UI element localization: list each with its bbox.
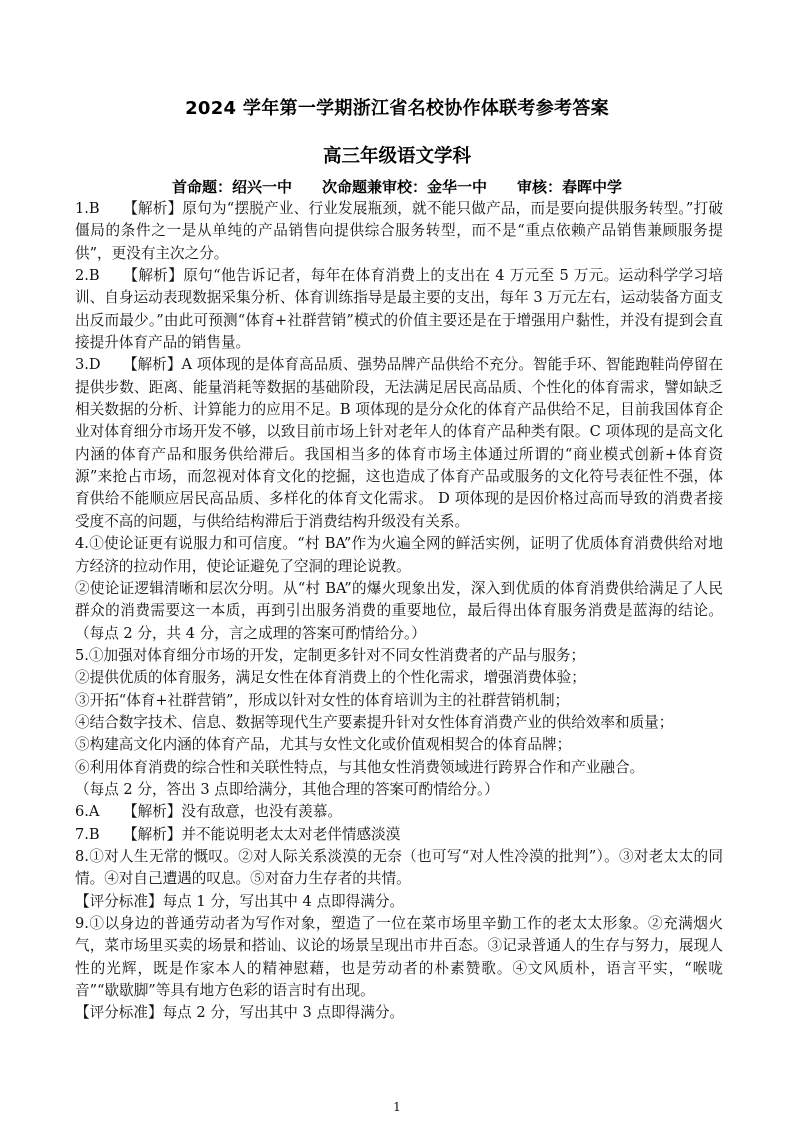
answer-9: 9.①以身边的普通劳动者为写作对象，塑造了一位在菜市场里辛勤工作的老太太形象。②… (75, 913, 723, 1002)
document-subtitle: 高三年级语文学科 (0, 142, 794, 168)
answer-1: 1.B【解析】原句为“摆脱产业、行业发展瓶颈，就不能只做产品，而是要向提供服务转… (75, 198, 723, 265)
answer-number: 1.B (75, 198, 123, 220)
answer-4-point-1: 4.①使论证更有说服力和可信度。“村 BA”作为火遍全网的鲜活实例，证明了优质体… (75, 533, 723, 578)
answer-9-scoring: 【评分标准】每点 2 分，写出其中 3 点即得满分。 (75, 1002, 723, 1024)
answer-8-scoring: 【评分标准】每点 1 分，写出其中 4 点即得满分。 (75, 891, 723, 913)
answer-text: 【解析】没有敌意，也没有羡慕。 (123, 803, 342, 820)
answer-5-point-6: ⑥利用体育消费的综合性和关联性特点，与其他女性消费领域进行跨界合作和产业融合。 (75, 757, 723, 779)
answer-text: 【解析】原句为“摆脱产业、行业发展瓶颈，就不能只做产品，而是要向提供服务转型。”… (75, 200, 723, 262)
answer-text: 【解析】并不能说明老太太对老伴情感淡漠 (123, 826, 400, 843)
answer-number: 2.B (75, 265, 123, 287)
answer-2: 2.B【解析】原句“他告诉记者，每年在体育消费上的支出在 4 万元至 5 万元。… (75, 265, 723, 354)
answer-5-point-1: 5.①加强对体育细分市场的开发，定制更多针对不同女性消费者的产品与服务； (75, 645, 723, 667)
document-page: 2024 学年第一学期浙江省名校协作体联考参考答案 高三年级语文学科 首命题：绍… (0, 0, 794, 1123)
document-credits: 首命题：绍兴一中次命题兼审校：金华一中审核：春晖中学 (0, 176, 794, 197)
answer-number: 3.D (75, 354, 123, 376)
answer-5-point-4: ④结合数字技术、信息、数据等现代生产要素提升针对女性体育消费产业的供给效率和质量… (75, 712, 723, 734)
credit-review: 审核：春晖中学 (517, 176, 622, 197)
answer-6: 6.A【解析】没有敌意，也没有羡慕。 (75, 801, 723, 823)
answer-7: 7.B【解析】并不能说明老太太对老伴情感淡漠 (75, 824, 723, 846)
answer-8: 8.①对人生无常的慨叹。②对人际关系淡漠的无奈（也可写“对人性冷漠的批判”）。③… (75, 846, 723, 891)
answer-5-point-3: ③开拓“体育+社群营销”，形成以针对女性的体育培训为主的社群营销机制； (75, 690, 723, 712)
credit-first: 首命题：绍兴一中 (172, 176, 292, 197)
credit-second: 次命题兼审校：金华一中 (322, 176, 487, 197)
answer-number: 7.B (75, 824, 123, 846)
answer-4-point-2: ②使论证逻辑清晰和层次分明。从“村 BA”的爆火现象出发，深入到优质的体育消费供… (75, 578, 723, 645)
answer-3: 3.D【解析】A 项体现的是体育高品质、强势品牌产品供给不充分。智能手环、智能跑… (75, 354, 723, 533)
answer-5-point-2: ②提供优质的体育服务，满足女性在体育消费上的个性化需求，增强消费体验； (75, 667, 723, 689)
answer-body: 1.B【解析】原句为“摆脱产业、行业发展瓶颈，就不能只做产品，而是要向提供服务转… (75, 198, 723, 1025)
answer-number: 6.A (75, 801, 123, 823)
answer-5-scoring: （每点 2 分，答出 3 点即给满分，其他合理的答案可酌情给分。） (75, 779, 723, 801)
answer-text: 【解析】原句“他告诉记者，每年在体育消费上的支出在 4 万元至 5 万元。运动科… (75, 267, 723, 351)
answer-5-point-5: ⑤构建高文化内涵的体育产品，尤其与女性文化或价值观相契合的体育品牌； (75, 734, 723, 756)
answer-text: 【解析】A 项体现的是体育高品质、强势品牌产品供给不充分。智能手环、智能跑鞋尚停… (75, 356, 723, 529)
page-number: 1 (0, 1100, 794, 1114)
document-title: 2024 学年第一学期浙江省名校协作体联考参考答案 (0, 94, 794, 120)
